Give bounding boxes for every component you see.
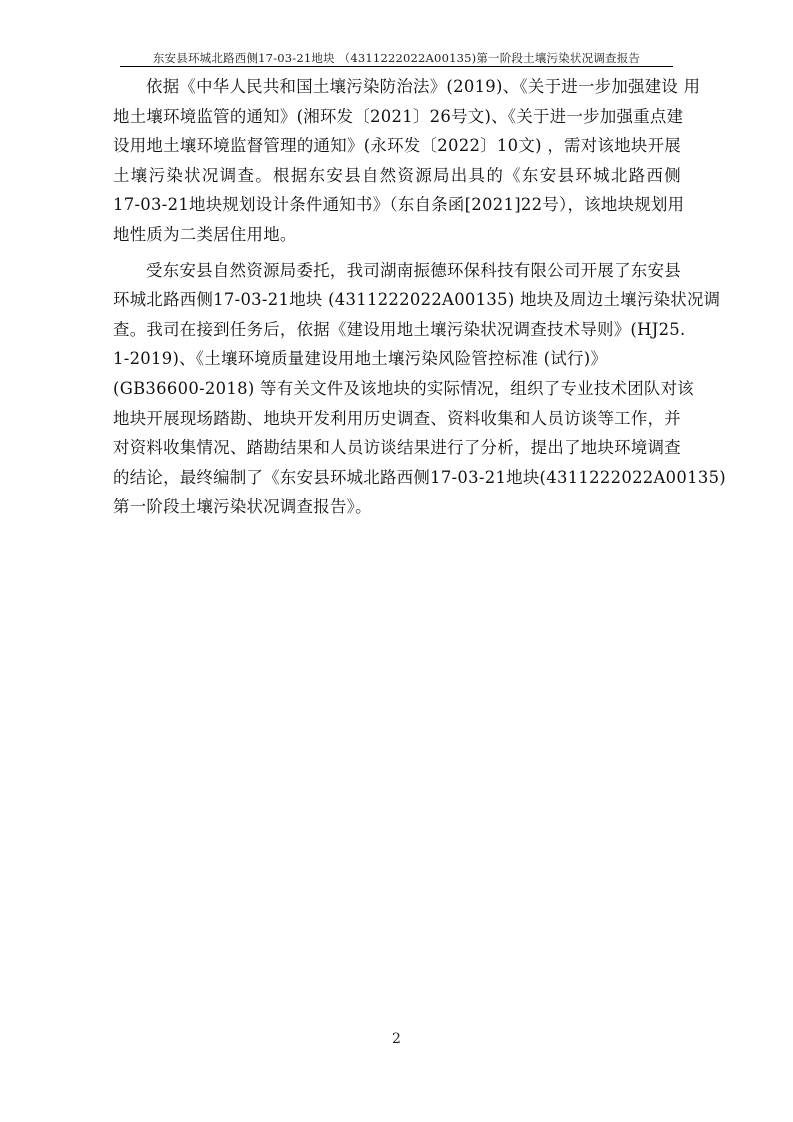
- text-line: 地块开展现场踏勘、地块开发利用历史调查、资料收集和人员访谈等工作，并: [113, 404, 681, 434]
- text-line: 环城北路西侧17-03-21地块 (4311222022A00135) 地块及周…: [113, 285, 681, 315]
- text-line: 土壤污染状况调查。根据东安县自然资源局出具的《东安县环城北路西侧: [113, 161, 681, 191]
- text-line: 地土壤环境监管的通知》(湘环发〔2021〕26号文)、《关于进一步加强重点建: [113, 102, 681, 132]
- text-line: 依据《中华人民共和国土壤污染防治法》(2019)、《关于进一步加强建设 用: [113, 72, 681, 102]
- text-line: 1-2019)、《土壤环境质量建设用地土壤污染风险管控标准 (试行)》: [113, 344, 681, 374]
- text-line: 查。我司在接到任务后，依据《建设用地土壤污染状况调查技术导则》(HJ25.: [113, 315, 681, 345]
- text-line: 的结论，最终编制了《东安县环城北路西侧17-03-21地块(4311222022…: [113, 463, 681, 493]
- document-body: 依据《中华人民共和国土壤污染防治法》(2019)、《关于进一步加强建设 用 地土…: [113, 72, 681, 522]
- text-line: 设用地土壤环境监督管理的通知》(永环发〔2022〕10文) ，需对该地块开展: [113, 131, 681, 161]
- text-line: (GB36600-2018) 等有关文件及该地块的实际情况，组织了专业技术团队对…: [113, 374, 681, 404]
- running-header-title: 东安县环城北路西侧17-03-21地块 （4311222022A00135)第一…: [120, 50, 673, 66]
- paragraph-legal-basis: 依据《中华人民共和国土壤污染防治法》(2019)、《关于进一步加强建设 用 地土…: [113, 72, 681, 250]
- text-line: 地性质为二类居住用地。: [113, 220, 681, 250]
- page-number: 2: [0, 1031, 793, 1047]
- text-line: 对资料收集情况、踏勘结果和人员访谈结果进行了分析，提出了地块环境调查: [113, 433, 681, 463]
- text-line: 17-03-21地块规划设计条件通知书》（东自条函[2021]22号），该地块规…: [113, 190, 681, 220]
- paragraph-commission: 受东安县自然资源局委托，我司湖南振德环保科技有限公司开展了东安县 环城北路西侧1…: [113, 256, 681, 522]
- text-line: 第一阶段土壤污染状况调查报告》。: [113, 492, 681, 522]
- text-line: 受东安县自然资源局委托，我司湖南振德环保科技有限公司开展了东安县: [113, 256, 681, 286]
- header-divider: [120, 66, 673, 67]
